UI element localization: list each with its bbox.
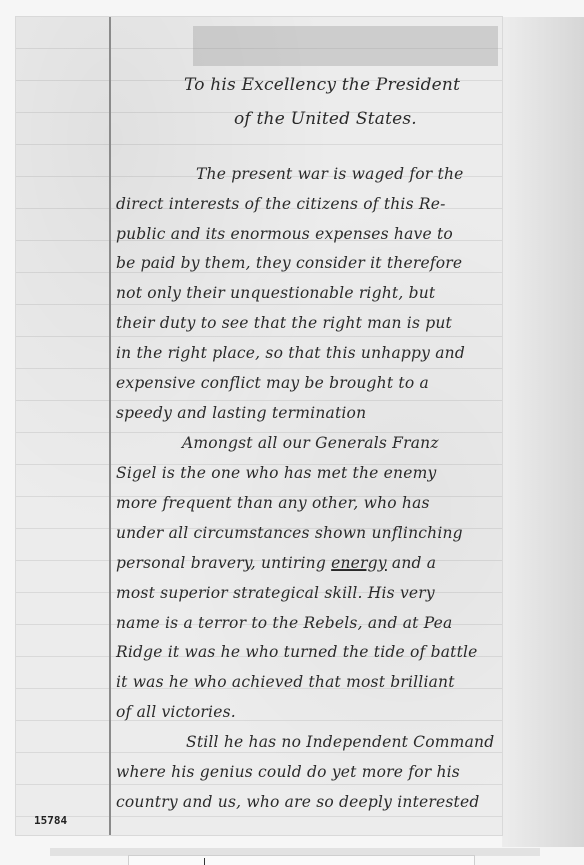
body-line: where his genius could do yet more for h… — [116, 763, 460, 781]
body-line: in the right place, so that this unhappy… — [116, 344, 465, 362]
body-line: The present war is waged for the — [196, 165, 464, 183]
letter-page: To his Excellency the President of the U… — [16, 17, 502, 835]
archive-stamp-number: 15784 — [34, 814, 67, 827]
body-line: public and its enormous expenses have to — [116, 225, 453, 243]
body-line: Amongst all our Generals Franz — [182, 434, 439, 452]
body-line: Still he has no Independent Command — [186, 733, 494, 751]
salutation-line-2: of the United States. — [234, 109, 417, 129]
body-line: not only their unquestionable right, but — [116, 284, 435, 302]
next-page-edge — [128, 855, 475, 865]
body-line: country and us, who are so deeply intere… — [116, 793, 479, 811]
underlined-word: energy — [331, 554, 387, 572]
body-line: most superior strategical skill. His ver… — [116, 584, 435, 602]
body-line: of all victories. — [116, 703, 236, 721]
body-line: under all circumstances shown unflinchin… — [116, 524, 463, 542]
scanner-edge — [502, 17, 584, 847]
body-line: expensive conflict may be brought to a — [116, 374, 429, 392]
paper-stain — [193, 26, 498, 66]
margin-rule — [109, 17, 111, 835]
body-line: their duty to see that the right man is … — [116, 314, 452, 332]
body-line: direct interests of the citizens of this… — [116, 195, 446, 213]
body-line: Sigel is the one who has met the enemy — [116, 464, 436, 482]
salutation-line-1: To his Excellency the President — [184, 75, 460, 95]
body-line: it was he who achieved that most brillia… — [116, 673, 455, 691]
body-line: speedy and lasting termination — [116, 404, 366, 422]
body-line: be paid by them, they consider it theref… — [116, 254, 462, 272]
body-line: name is a terror to the Rebels, and at P… — [116, 614, 452, 632]
body-line: personal bravery, untiring energy and a — [116, 554, 436, 572]
body-line: more frequent than any other, who has — [116, 494, 430, 512]
body-line: Ridge it was he who turned the tide of b… — [116, 643, 478, 661]
